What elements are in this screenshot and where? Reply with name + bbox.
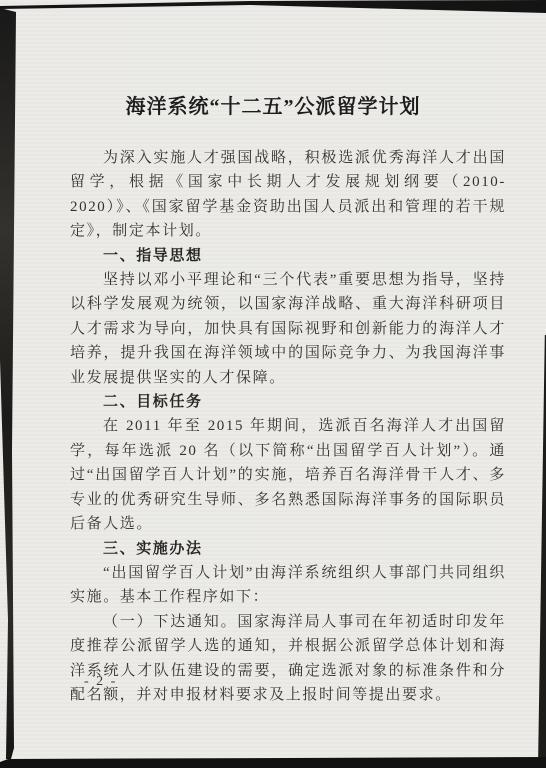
heading-guiding-ideology: 一、指导思想 [70, 244, 506, 268]
heading-implementation-measures: 三、实施办法 [70, 537, 506, 561]
document-body: 为深入实施人才强国战略，积极选派优秀海洋人才出国留学，根据《国家中长期人才发展规… [70, 146, 506, 707]
scanned-document-page: 海洋系统“十二五”公派留学计划 为深入实施人才强国战略，积极选派优秀海洋人才出国… [0, 0, 546, 768]
document-title: 海洋系统“十二五”公派留学计划 [0, 90, 546, 119]
scan-edge-right [538, 335, 546, 768]
paragraph-intro: 为深入实施人才强国战略，积极选派优秀海洋人才出国留学，根据《国家中长期人才发展规… [70, 146, 506, 244]
page-number: - 2 - [84, 674, 117, 690]
paragraph-target-tasks: 在 2011 年至 2015 年期间，选派百名海洋人才出国留学，每年选派 20 … [70, 414, 506, 536]
paragraph-step-one-notice: （一）下达通知。国家海洋局人事司在年初适时印发年度推荐公派留学人选的通知，并根据… [70, 610, 506, 708]
paragraph-implementation-overview: “出国留学百人计划”由海洋系统组织人事部门共同组织实施。基本工作程序如下： [70, 561, 506, 610]
scan-edge-bottom [0, 757, 546, 768]
heading-target-tasks: 二、目标任务 [70, 390, 506, 414]
paragraph-guiding-ideology: 坚持以邓小平理论和“三个代表”重要思想为指导，坚持以科学发展观为统领，以国家海洋… [70, 268, 506, 390]
scan-edge-top [0, 0, 546, 16]
